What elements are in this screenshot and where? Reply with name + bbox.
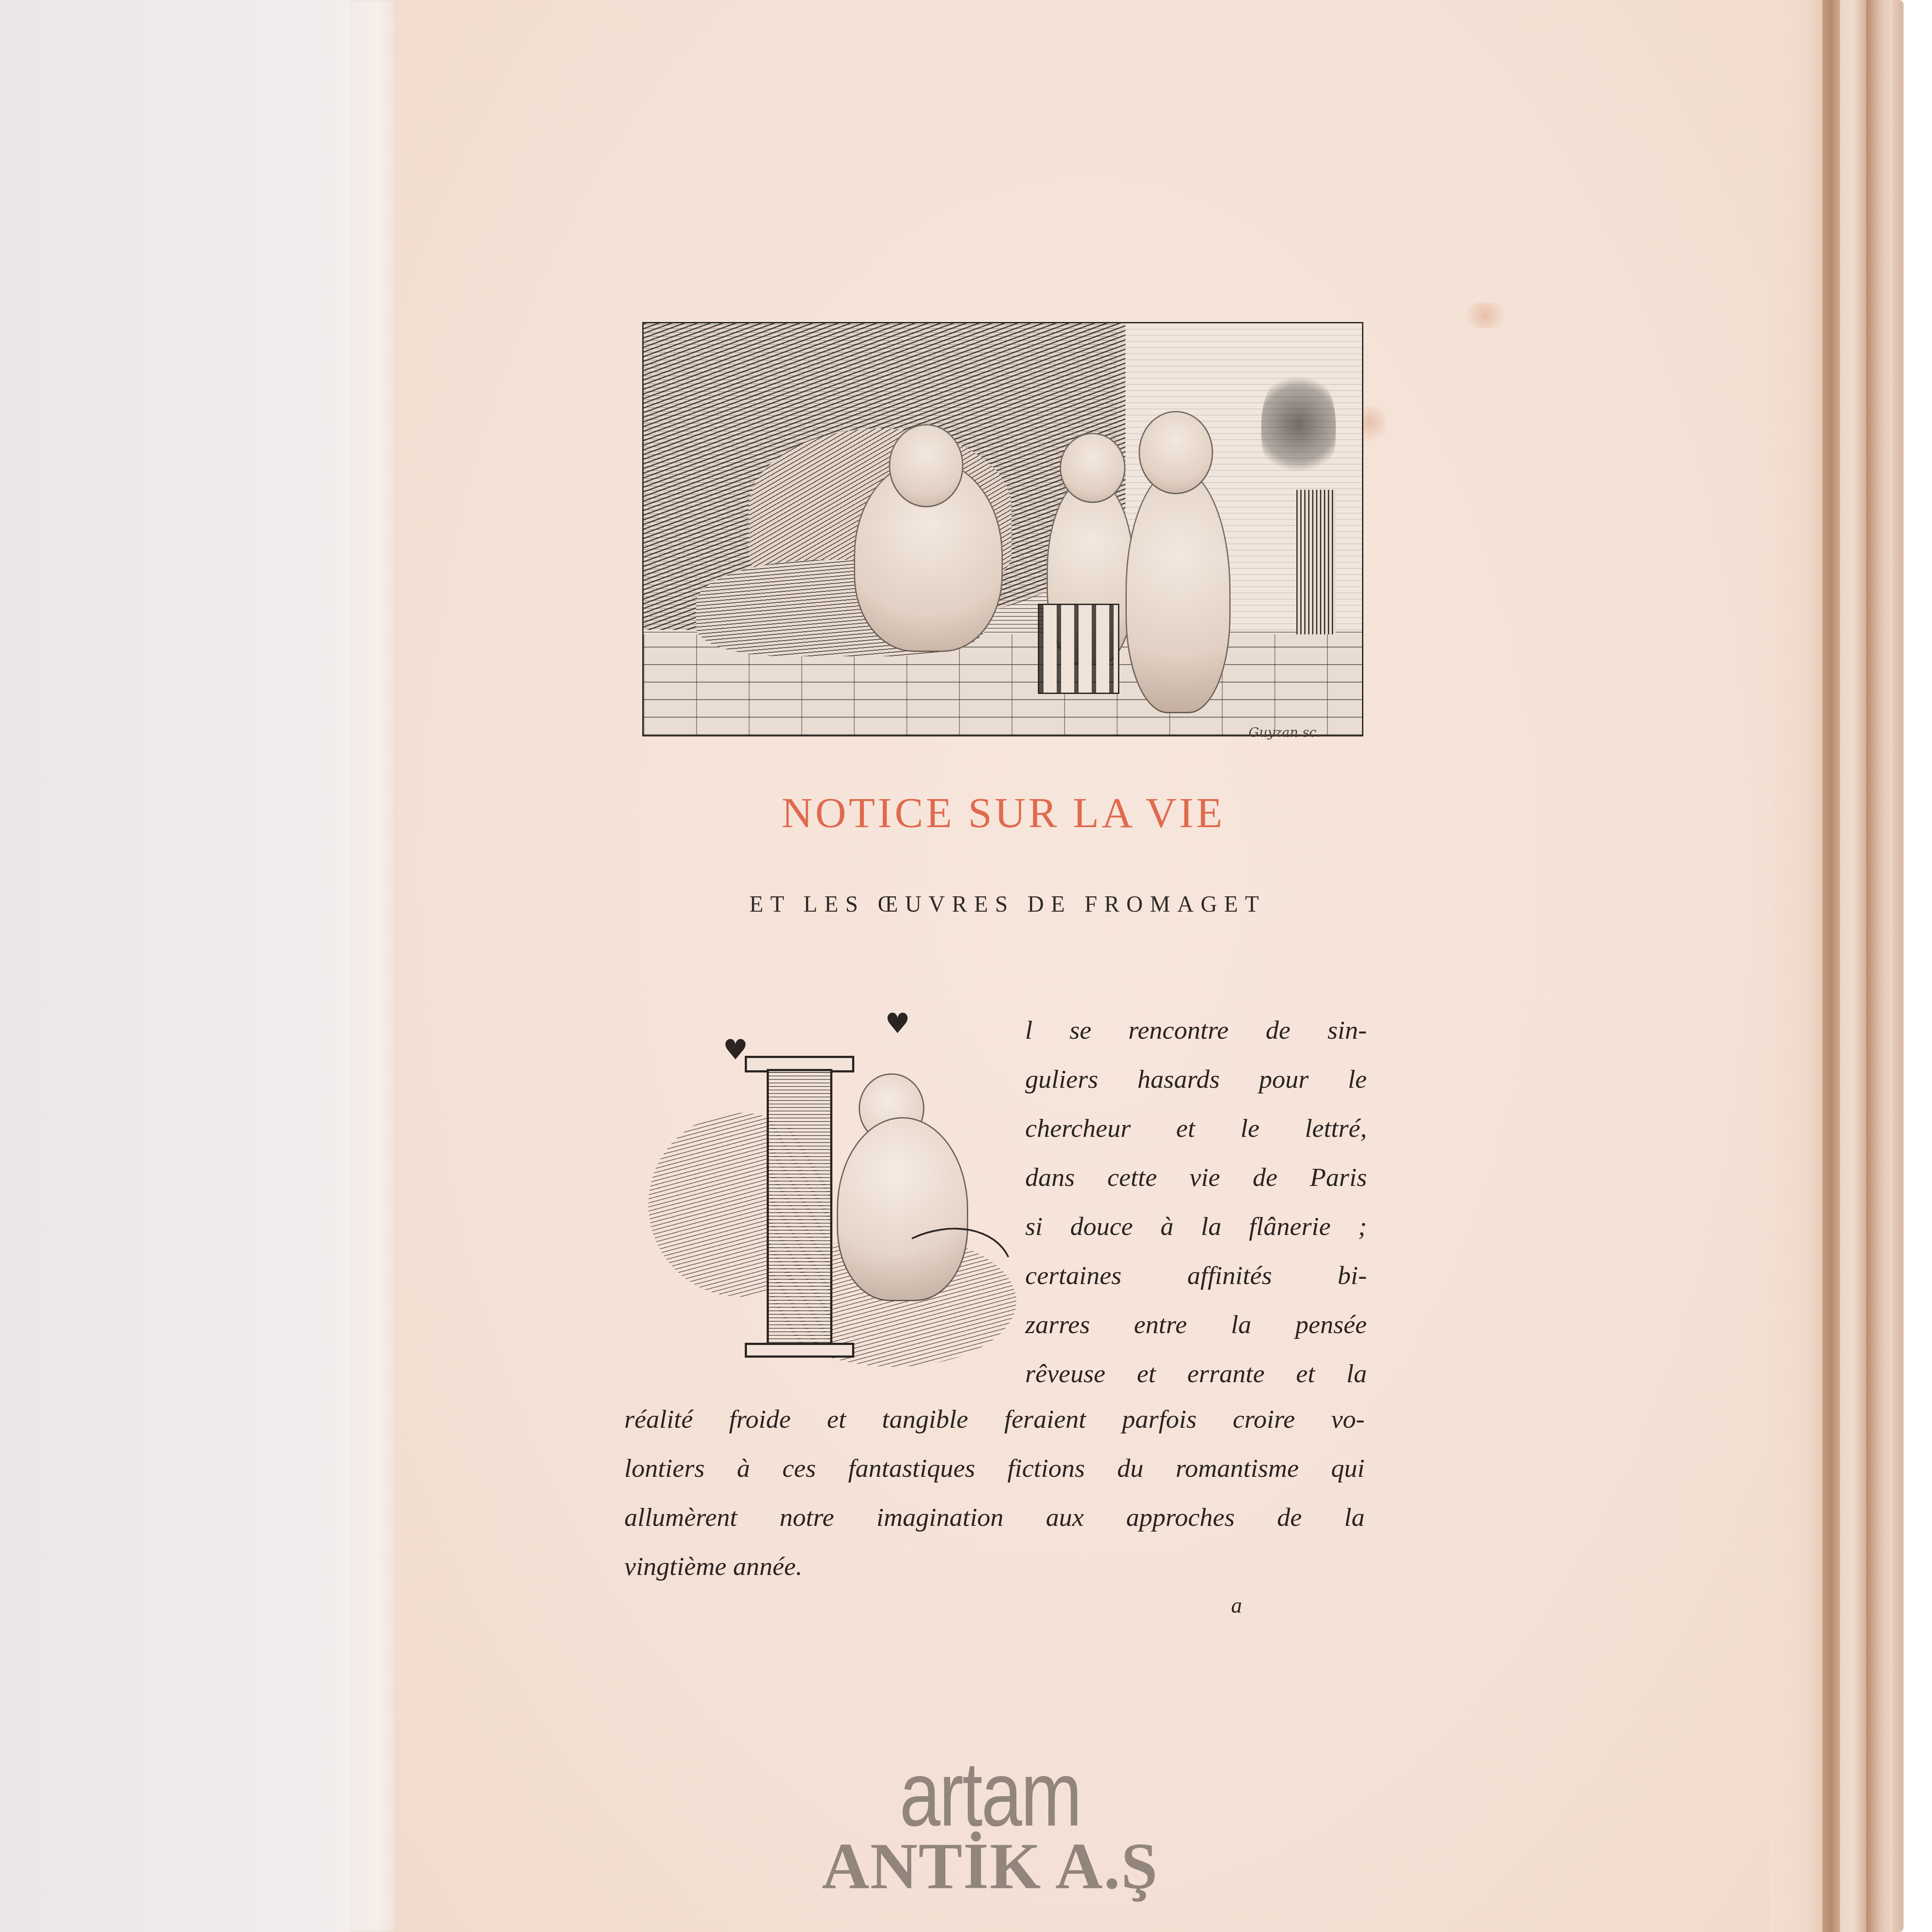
page-edge — [1770, 0, 1822, 1932]
text-page — [396, 0, 1776, 1932]
chapter-subtitle: ET LES ŒUVRES DE FROMAGET — [657, 892, 1358, 917]
text-line: certaines affinités bi- — [1025, 1251, 1367, 1300]
winged-heart-icon: ♥ — [723, 1034, 748, 1066]
text-line: zarres entre la pensée — [1025, 1300, 1367, 1349]
guard-sheet — [0, 0, 377, 1932]
foxing-spot — [1459, 302, 1511, 329]
text-line: allumèrent notre imagination aux approch… — [624, 1493, 1365, 1542]
engraving-tree — [1261, 367, 1336, 481]
guard-sheet-fold — [350, 0, 399, 1932]
page-edge — [1840, 0, 1866, 1932]
text-line: si douce à la flânerie ; — [1025, 1202, 1367, 1251]
text-line: dans cette vie de Paris — [1025, 1153, 1367, 1202]
watermark-logo: artam ANTİK A.Ş — [780, 1757, 1200, 1901]
engraving-vignette — [642, 322, 1363, 736]
page-edge-outer — [1893, 0, 1904, 1932]
printer-signature-mark: a — [1231, 1592, 1242, 1618]
engraving-box — [1038, 604, 1119, 694]
text-line: rêveuse et errante et la — [1025, 1349, 1367, 1398]
text-line: lontiers à ces fantastiques fictions du … — [624, 1444, 1365, 1493]
engraving-child-head — [1139, 411, 1213, 494]
text-line: réalité froide et tangible feraient parf… — [624, 1394, 1365, 1444]
pillar-base — [745, 1343, 854, 1358]
text-line: chercheur et le lettré, — [1025, 1104, 1367, 1153]
text-line: l se rencontre de sin- — [1025, 1005, 1367, 1054]
page-edge-stained — [1822, 0, 1840, 1932]
body-paragraph-continued: réalité froide et tangible feraient parf… — [624, 1394, 1365, 1591]
ornamental-initial: ♥ ♥ — [640, 1008, 1016, 1367]
watermark-brand: artam — [822, 1757, 1158, 1831]
book-photograph: Guyzan sc. NOTICE SUR LA VIE ET LES ŒUVR… — [0, 0, 1932, 1932]
body-paragraph-start: l se rencontre de sin- guliers hasards p… — [1025, 1005, 1367, 1398]
chapter-title: NOTICE SUR LA VIE — [718, 789, 1288, 838]
winged-heart-icon: ♥ — [885, 1008, 910, 1040]
pillar-letter-i — [767, 1069, 832, 1345]
text-line: vingtième année. — [624, 1542, 1365, 1591]
engraving-turbaned-head — [889, 424, 963, 507]
engraving-standing-child — [1125, 468, 1231, 713]
engraver-signature: Guyzan sc. — [1249, 725, 1321, 740]
page-edge-stained — [1866, 0, 1893, 1932]
engraving-child-head — [1060, 433, 1125, 503]
text-line: guliers hasards pour le — [1025, 1054, 1367, 1104]
